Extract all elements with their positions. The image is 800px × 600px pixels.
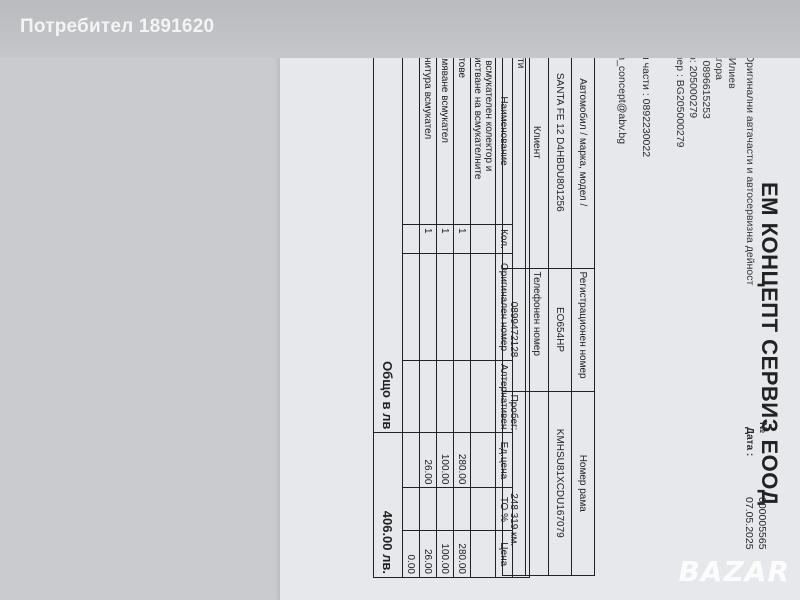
row-unit <box>403 433 420 488</box>
doc-date: 07.05.2025 <box>743 497 755 550</box>
row-name <box>403 38 420 225</box>
row-to <box>471 488 496 531</box>
user-label[interactable]: Потребител 1891620 <box>20 16 214 38</box>
total-label: Общо в лв <box>374 13 403 433</box>
row-orig <box>437 254 454 361</box>
parts-table: Нови части № Наименование Кол. Оригинале… <box>373 12 530 578</box>
row-price <box>471 531 496 578</box>
row-price: 26.00 <box>420 531 437 578</box>
row-unit: 100.00 <box>437 433 454 488</box>
row-orig <box>420 254 437 361</box>
col-qty: Кол. <box>496 225 513 254</box>
row-price: 0.00 <box>403 531 420 578</box>
company-name: ЕМ КОНЦЕПТ СЕРВИЗ ЕООД <box>756 182 782 506</box>
row-unit: 280.00 <box>454 433 471 488</box>
row-alt <box>420 361 437 433</box>
row-unit <box>471 433 496 488</box>
doc-number: 000005565 <box>756 497 768 550</box>
vehicle-header-vin: Номер рама <box>572 391 595 575</box>
parts-section-label: Нови части <box>513 13 530 578</box>
table-row: 3 Гарнитура всмукател 1 26.00 26.00 <box>420 13 437 578</box>
row-price: 280.00 <box>454 531 471 578</box>
vehicle-reg: EO654HP <box>549 268 572 391</box>
vehicle-vin: KMHSU81XCDU167079 <box>549 391 572 575</box>
row-alt <box>454 361 471 433</box>
company-subtitle: Оригинални автачасти и автосервизна дейн… <box>744 54 756 285</box>
vehicle-header-reg: Регистрационен номер <box>572 268 595 391</box>
row-name: портове <box>454 38 471 225</box>
col-price: Цена <box>496 531 513 578</box>
table-row: 1 портове 1 280.00 280.00 <box>454 13 471 578</box>
site-watermark: BAZAR <box>678 555 790 588</box>
col-name: Наименование <box>496 38 513 225</box>
row-to <box>437 488 454 531</box>
row-orig <box>471 254 496 361</box>
col-to: ТО % <box>496 488 513 531</box>
row-name: Гарнитура всмукател <box>420 38 437 225</box>
doc-number-label: № <box>757 422 768 433</box>
row-name: Д/м всмукателен колектор и почистване на… <box>471 38 496 225</box>
row-qty: 1 <box>454 225 471 254</box>
col-unit: Ед.цена <box>496 433 513 488</box>
col-orig: Оригинален номер <box>496 254 513 361</box>
invoice-page: ЕМ КОНЦЕПТ СЕРВИЗ ЕООД Оригинални автача… <box>280 0 800 600</box>
doc-date-label: Дата : <box>744 427 755 456</box>
row-to <box>420 488 437 531</box>
row-name: Изамяване всмукател <box>437 38 454 225</box>
table-row: 2 Изамяване всмукател 1 100.00 100.00 <box>437 13 454 578</box>
col-alt: Алтернативен <box>496 361 513 433</box>
row-qty: 1 <box>437 225 454 254</box>
row-unit: 26.00 <box>420 433 437 488</box>
total-value: 406.00 лв. <box>374 433 403 578</box>
row-price: 100.00 <box>437 531 454 578</box>
row-qty <box>403 225 420 254</box>
row-qty <box>471 225 496 254</box>
row-alt <box>437 361 454 433</box>
row-alt <box>403 361 420 433</box>
row-orig <box>403 254 420 361</box>
table-row: Д/м всмукателен колектор и почистване на… <box>471 13 496 578</box>
row-qty: 1 <box>420 225 437 254</box>
row-orig <box>454 254 471 361</box>
row-alt <box>471 361 496 433</box>
row-to <box>454 488 471 531</box>
row-to <box>403 488 420 531</box>
table-row: 0.00 <box>403 13 420 578</box>
user-header-bar: Потребител 1891620 <box>0 0 800 58</box>
